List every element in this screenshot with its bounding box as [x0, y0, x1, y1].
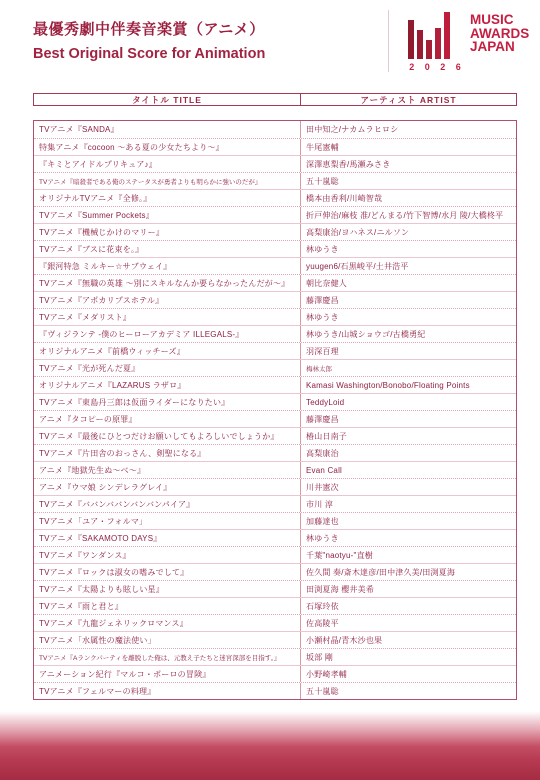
title-cell: TVアニメ『雨と君と』 [34, 598, 301, 614]
artist-cell: 牛尾憲輔 [301, 139, 516, 155]
title-cell: TVアニメ『ババンババンバンバンパイア』 [34, 496, 301, 512]
table-row: TVアニメ『暗殺者である俺のステータスが勇者よりも明らかに強いのだが』 五十嵐聡 [34, 172, 516, 189]
table-row: TVアニメ『雨と君と』 石塚玲依 [34, 597, 516, 614]
title-cell: 『銀河特急 ミルキー☆サブウェイ』 [34, 258, 301, 274]
table-row: TVアニメ『光が死んだ夏』 梅林太郎 [34, 359, 516, 376]
title-cell: TVアニメ『機械じかけのマリー』 [34, 224, 301, 240]
artist-cell: 朝比奈健人 [301, 275, 516, 291]
title-cell: アニメ『地獄先生ぬ～べ～』 [34, 462, 301, 478]
title-cell: アニメ『ウマ娘 シンデレラグレイ』 [34, 479, 301, 495]
title-cell: TVアニメ『東島丹三郎は仮面ライダーになりたい』 [34, 394, 301, 410]
title-cell: TVアニメ「水属性の魔法使い」 [34, 632, 301, 648]
logo-line2: AWARDS [470, 27, 529, 41]
table-row: TVアニメ『九龍ジェネリックロマンス』 佐高陵平 [34, 614, 516, 631]
title-cell: 特集アニメ『cocoon ～ある夏の少女たちより～』 [34, 139, 301, 155]
table-row: 『ヴィジランテ -僕のヒーローアカデミア ILLEGALS-』 林ゆうき/山城シ… [34, 325, 516, 342]
artist-cell: 加藤達也 [301, 513, 516, 529]
artist-cell: 市川 淳 [301, 496, 516, 512]
artist-cell: 梅林太郎 [301, 360, 516, 376]
artist-cell: yuugen6/石黒峻平/土井浩平 [301, 258, 516, 274]
artist-cell: 千葉"naotyu-"直樹 [301, 547, 516, 563]
artist-cell: 石塚玲依 [301, 598, 516, 614]
title-cell: TVアニメ『ブスに花束を。』 [34, 241, 301, 257]
artist-cell: 五十嵐聡 [301, 683, 516, 699]
table-row: オリジナルTVアニメ『全修。』 橋本由香利/川崎智哉 [34, 189, 516, 206]
artist-cell: 椿山日南子 [301, 428, 516, 444]
table-row: TVアニメ『無職の英雄 ～別にスキルなんか要らなかったんだが～』 朝比奈健人 [34, 274, 516, 291]
artist-cell: 折戸伸治/麻枝 准/どんまる/竹下智博/水月 陵/大橋柊平 [301, 207, 516, 223]
artist-cell: 小瀬村晶/青木沙也果 [301, 632, 516, 648]
title-cell: TVアニメ『暗殺者である俺のステータスが勇者よりも明らかに強いのだが』 [34, 173, 301, 189]
title-cell: TVアニメ『最後にひとつだけお願いしてもよろしいでしょうか』 [34, 428, 301, 444]
table-row: TVアニメ『最後にひとつだけお願いしてもよろしいでしょうか』 椿山日南子 [34, 427, 516, 444]
artist-cell: 高梨康治 [301, 445, 516, 461]
title-cell: TVアニメ『Summer Pockets』 [34, 207, 301, 223]
table-row: TVアニメ『片田舎のおっさん、剣聖になる』 高梨康治 [34, 444, 516, 461]
artist-cell: 林ゆうき [301, 530, 516, 546]
table-row: TVアニメ「水属性の魔法使い」 小瀬村晶/青木沙也果 [34, 631, 516, 648]
table-row: アニメ『タコピーの原罪』 藤澤慶昌 [34, 410, 516, 427]
title-cell: アニメ『タコピーの原罪』 [34, 411, 301, 427]
table-row: アニメーション紀行『マルコ・ポーロの冒険』 小野崎孝輔 [34, 665, 516, 682]
title-cell: オリジナルアニメ『LAZARUS ラザロ』 [34, 377, 301, 393]
table-row: TVアニメ『ババンババンバンバンパイア』 市川 淳 [34, 495, 516, 512]
title-cell: 『ヴィジランテ -僕のヒーローアカデミア ILLEGALS-』 [34, 326, 301, 342]
artist-cell: 川井憲次 [301, 479, 516, 495]
artist-cell: TeddyLoid [301, 394, 516, 410]
title-cell: TVアニメ『SANDA』 [34, 121, 301, 138]
column-header-title: タイトル TITLE [34, 94, 301, 105]
table-row: TVアニメ『アポカリプスホテル』 藤澤慶昌 [34, 291, 516, 308]
artist-cell: 藤澤慶昌 [301, 411, 516, 427]
artist-cell: 佐高陵平 [301, 615, 516, 631]
title-cell: TVアニメ『SAKAMOTO DAYS』 [34, 530, 301, 546]
artist-cell: 羽深百理 [301, 343, 516, 359]
artist-cell: 林ゆうき/山城ショウゴ/古橋勇紀 [301, 326, 516, 342]
artist-cell: 佐久間 奏/斎木達彦/田中津久美/田渕夏海 [301, 564, 516, 580]
nominees-table: TVアニメ『SANDA』 田中知之/ナカムラヒロシ 特集アニメ『cocoon ～… [33, 120, 517, 700]
table-row: オリジナルアニメ『前橋ウィッチーズ』 羽深百理 [34, 342, 516, 359]
music-awards-japan-logo: MUSIC AWARDS JAPAN 2 0 2 6 [404, 11, 534, 73]
title-cell: 『キミとアイドルプリキュア♪』 [34, 156, 301, 172]
artist-cell: 深澤恵梨香/馬瀬みさき [301, 156, 516, 172]
header-divider [388, 10, 389, 72]
table-row: TVアニメ『Aランクパーティを離脱した俺は、元教え子たちと迷宮深部を目指す。』 … [34, 648, 516, 665]
table-row: アニメ『地獄先生ぬ～べ～』 Evan Call [34, 461, 516, 478]
logo-year: 2 0 2 6 [406, 62, 468, 72]
title-cell: オリジナルTVアニメ『全修。』 [34, 190, 301, 206]
logo-line3: JAPAN [470, 40, 529, 54]
table-row: TVアニメ『ロックは淑女の嗜みでして』 佐久間 奏/斎木達彦/田中津久美/田渕夏… [34, 563, 516, 580]
title-cell: TVアニメ『Aランクパーティを離脱した俺は、元教え子たちと迷宮深部を目指す。』 [34, 649, 301, 665]
table-row: TVアニメ『SAKAMOTO DAYS』 林ゆうき [34, 529, 516, 546]
table-row: TVアニメ『機械じかけのマリー』 高梨康治/ヨハネス/ニルソン [34, 223, 516, 240]
artist-cell: 小野崎孝輔 [301, 666, 516, 682]
table-row: TVアニメ『メダリスト』 林ゆうき [34, 308, 516, 325]
title-cell: TVアニメ『ロックは淑女の嗜みでして』 [34, 564, 301, 580]
title-cell: アニメーション紀行『マルコ・ポーロの冒険』 [34, 666, 301, 682]
title-cell: TVアニメ『太陽よりも眩しい星』 [34, 581, 301, 597]
logo-wordmark: MUSIC AWARDS JAPAN [470, 13, 529, 54]
table-row: TVアニメ『太陽よりも眩しい星』 田渕夏海 櫻井美希 [34, 580, 516, 597]
title-cell: TVアニメ『フェルマーの料理』 [34, 683, 301, 699]
title-cell: TVアニメ「ユア・フォルマ」 [34, 513, 301, 529]
logo-line1: MUSIC [470, 13, 529, 27]
artist-cell: 田渕夏海 櫻井美希 [301, 581, 516, 597]
artist-cell: 林ゆうき [301, 309, 516, 325]
soundwave-bars-icon [408, 12, 464, 59]
artist-cell: 林ゆうき [301, 241, 516, 257]
column-header-artist: アーティスト ARTIST [301, 94, 516, 105]
footer-gradient-band [0, 700, 540, 780]
title-cell: TVアニメ『ワンダンス』 [34, 547, 301, 563]
title-cell: TVアニメ『片田舎のおっさん、剣聖になる』 [34, 445, 301, 461]
table-row: TVアニメ「ユア・フォルマ」 加藤達也 [34, 512, 516, 529]
artist-cell: 田中知之/ナカムラヒロシ [301, 121, 516, 138]
artist-cell: 坂部 剛 [301, 649, 516, 665]
title-cell: TVアニメ『光が死んだ夏』 [34, 360, 301, 376]
artist-cell: 橋本由香利/川崎智哉 [301, 190, 516, 206]
title-cell: TVアニメ『メダリスト』 [34, 309, 301, 325]
artist-cell: 五十嵐聡 [301, 173, 516, 189]
table-row: 特集アニメ『cocoon ～ある夏の少女たちより～』 牛尾憲輔 [34, 138, 516, 155]
table-row: TVアニメ『Summer Pockets』 折戸伸治/麻枝 准/どんまる/竹下智… [34, 206, 516, 223]
table-row: TVアニメ『ワンダンス』 千葉"naotyu-"直樹 [34, 546, 516, 563]
artist-cell: Kamasi Washington/Bonobo/Floating Points [301, 377, 516, 393]
artist-cell: Evan Call [301, 462, 516, 478]
table-row: 『キミとアイドルプリキュア♪』 深澤恵梨香/馬瀬みさき [34, 155, 516, 172]
table-row: TVアニメ『フェルマーの料理』 五十嵐聡 [34, 682, 516, 699]
table-header: タイトル TITLE アーティスト ARTIST [33, 93, 517, 106]
table-row: TVアニメ『SANDA』 田中知之/ナカムラヒロシ [34, 121, 516, 138]
table-row: 『銀河特急 ミルキー☆サブウェイ』 yuugen6/石黒峻平/土井浩平 [34, 257, 516, 274]
title-cell: オリジナルアニメ『前橋ウィッチーズ』 [34, 343, 301, 359]
table-row: TVアニメ『ブスに花束を。』 林ゆうき [34, 240, 516, 257]
title-cell: TVアニメ『アポカリプスホテル』 [34, 292, 301, 308]
table-row: オリジナルアニメ『LAZARUS ラザロ』 Kamasi Washington/… [34, 376, 516, 393]
title-cell: TVアニメ『無職の英雄 ～別にスキルなんか要らなかったんだが～』 [34, 275, 301, 291]
table-row: アニメ『ウマ娘 シンデレラグレイ』 川井憲次 [34, 478, 516, 495]
table-row: TVアニメ『東島丹三郎は仮面ライダーになりたい』 TeddyLoid [34, 393, 516, 410]
artist-cell: 高梨康治/ヨハネス/ニルソン [301, 224, 516, 240]
artist-cell: 藤澤慶昌 [301, 292, 516, 308]
title-cell: TVアニメ『九龍ジェネリックロマンス』 [34, 615, 301, 631]
